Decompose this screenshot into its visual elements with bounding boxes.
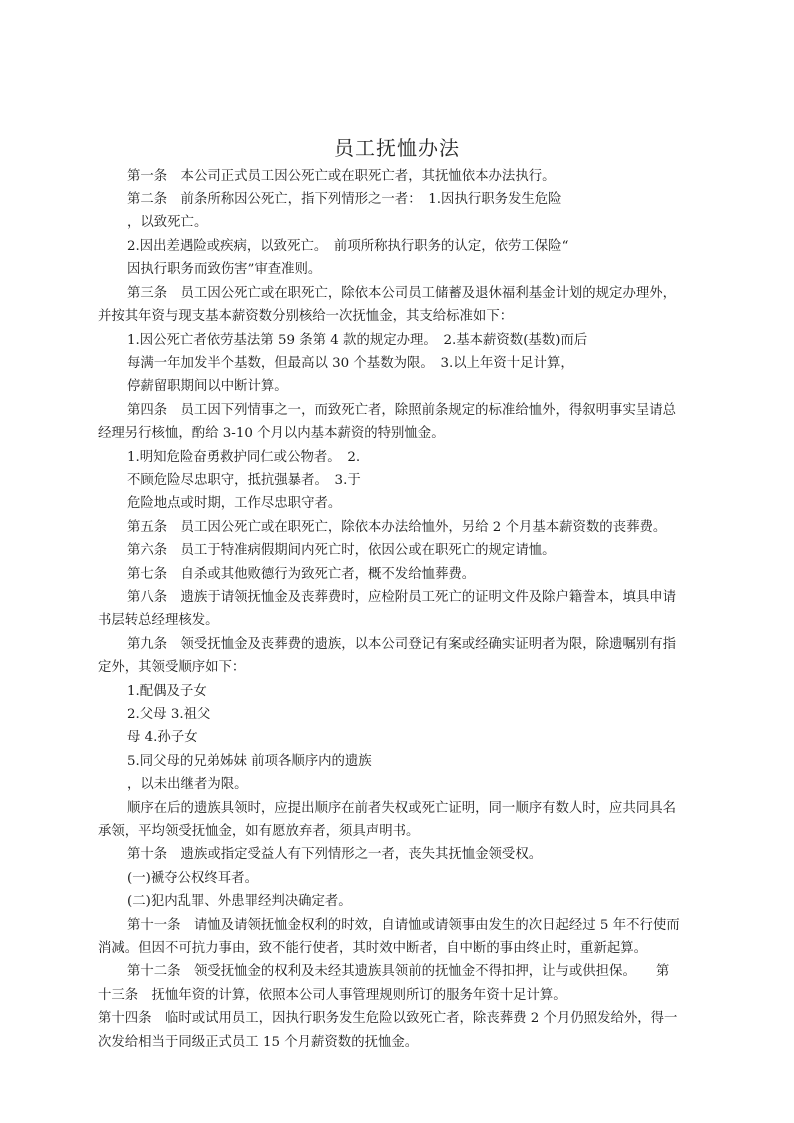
- text-line: 并按其年资与现支基本薪资数分别核给一次抚恤金，其支给标准如下：: [98, 308, 513, 326]
- document-page: 员工抚恤办法 第一条 本公司正式员工因公死亡或在职死亡者，其抚恤依本办法执行。第…: [0, 0, 794, 1123]
- text-line: 书层转总经理核发。: [98, 612, 219, 630]
- text-line: (二)犯内乱罪、外患罪经判决确定者。: [127, 893, 352, 911]
- text-line: 第四条 员工因下列情事之一，而致死亡者，除照前条规定的标准给恤外，得叙明事实呈请…: [127, 402, 676, 420]
- text-line: 5.同父母的兄弟姊妹 前项各顺序内的遗族: [127, 753, 372, 771]
- text-line: 因执行职务而致伤害”审查准则。: [127, 261, 321, 279]
- text-line: 1.因公死亡者依劳基法第 59 条第 4 款的规定办理。 2.基本薪资数(基数)…: [127, 332, 587, 350]
- text-line: 第十一条 请恤及请领抚恤金权利的时效，自请恤或请领事由发生的次日起经过 5 年不…: [127, 917, 680, 935]
- text-line: 不顾危险尽忠职守，抵抗强暴者。 3.于: [127, 472, 361, 490]
- text-line: 第一条 本公司正式员工因公死亡或在职死亡者，其抚恤依本办法执行。: [127, 168, 556, 186]
- text-line: 第八条 遗族于请领抚恤金及丧葬费时，应检附员工死亡的证明文件及除户籍誊本，填具申…: [127, 589, 676, 607]
- text-line: 每满一年加发半个基数，但最高以 30 个基数为限。 3.以上年资十足计算，: [127, 355, 574, 373]
- text-line: 1.明知危险奋勇救护同仁或公物者。 2.: [127, 449, 360, 467]
- text-line: 2.父母 3.祖父: [127, 706, 210, 724]
- text-line: 停薪留职期间以中断计算。: [127, 378, 288, 396]
- text-line: 第九条 领受抚恤金及丧葬费的遗族，以本公司登记有案或经确实证明者为限，除遗嘱别有…: [127, 636, 676, 654]
- text-line: 承领，平均领受抚恤金，如有愿放弃者，须具声明书。: [98, 823, 419, 841]
- text-line: 第三条 员工因公死亡或在职死亡，除依本公司员工储蓄及退休福利基金计划的规定办理外…: [127, 285, 676, 303]
- text-line: 第十二条 领受抚恤金的权利及未经其遗族具领前的抚恤金不得扣押，让与或供担保。 第: [127, 963, 669, 981]
- text-line: ，以致死亡。: [127, 214, 207, 232]
- text-line: 第十条 遗族或指定受益人有下列情形之一者，丧失其抚恤金领受权。: [127, 846, 542, 864]
- text-line: 第六条 员工于特准病假期间内死亡时，依因公或在职死亡的规定请恤。: [127, 542, 556, 560]
- text-line: 母 4.孙子女: [127, 729, 198, 747]
- text-line: 定外，其领受顺序如下：: [98, 659, 245, 677]
- text-line: 1.配偶及子女: [127, 683, 207, 701]
- text-line: 次发给相当于同级正式员工 15 个月薪资数的抚恤金。: [98, 1034, 418, 1052]
- text-line: 第十四条 临时或试用员工，因执行职务发生危险以致死亡者，除丧葬费 2 个月仍照发…: [98, 1010, 677, 1028]
- text-line: 消减。但因不可抗力事由，致不能行使者，其时效中断者，自中断的事由终止时，重新起算…: [98, 940, 647, 958]
- text-line: 2.因出差遇险或疾病，以致死亡。 前项所称执行职务的认定，依劳工保险“: [127, 238, 568, 256]
- text-line: 第五条 员工因公死亡或在职死亡，除依本办法给恤外，另给 2 个月基本薪资数的丧葬…: [127, 519, 666, 537]
- text-line: 第二条 前条所称因公死亡，指下列情形之一者： 1.因执行职务发生危险: [127, 191, 562, 209]
- text-line: 危险地点或时期，工作尽忠职守者。: [127, 495, 341, 513]
- text-line: 十三条 抚恤年资的计算，依照本公司人事管理规则所订的服务年资十足计算。: [98, 987, 567, 1005]
- document-title: 员工抚恤办法: [0, 132, 794, 161]
- text-line: (一)褫夺公权终耳者。: [127, 870, 258, 888]
- text-line: ，以未出继者为限。: [127, 776, 248, 794]
- text-line: 顺序在后的遗族具领时，应提出顺序在前者失权或死亡证明，同一顺序有数人时，应共同具…: [127, 800, 676, 818]
- text-line: 经理另行核恤，酌给 3-10 个月以内基本薪资的特别恤金。: [98, 425, 445, 443]
- text-line: 第七条 自杀或其他败德行为致死亡者，概不发给恤葬费。: [127, 566, 475, 584]
